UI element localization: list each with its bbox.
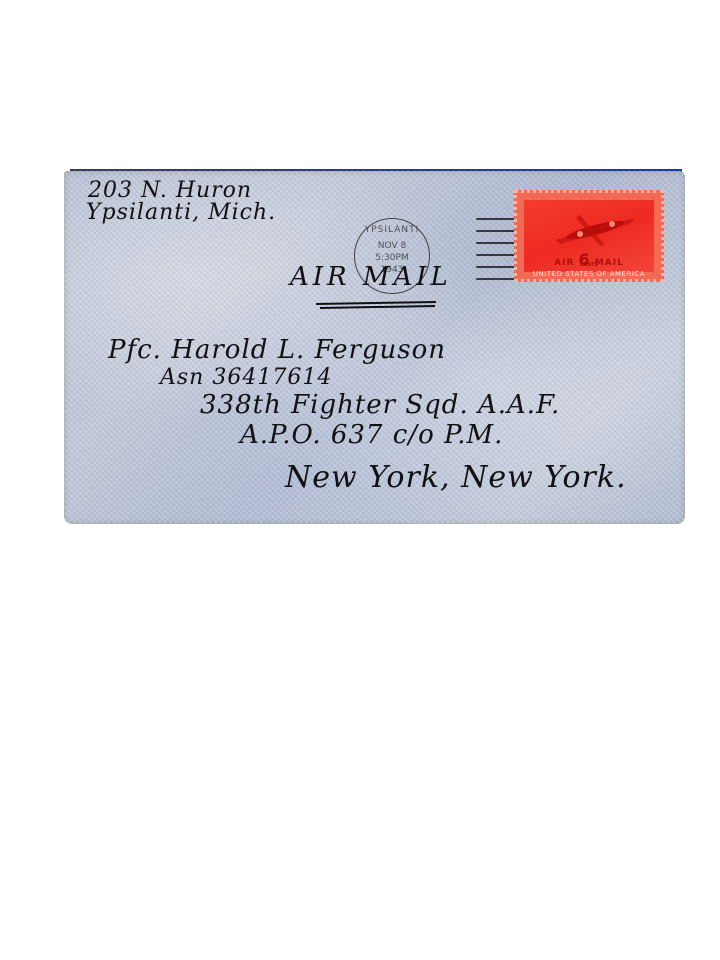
recipient-line2: Asn 36417614: [160, 365, 332, 390]
recipient-line4: A.P.O. 637 c/o P.M.: [240, 420, 503, 450]
stamp-face: AIR 6 MAIL CENTS: [524, 200, 654, 272]
recipient-line3: 338th Fighter Sqd. A.A.F.: [200, 390, 560, 420]
stamp-cents: CENTS: [524, 262, 654, 268]
recipient-line1: Pfc. Harold L. Ferguson: [108, 335, 446, 365]
postmark-city: YPSILANTI: [355, 225, 429, 235]
recipient-line5: New York, New York.: [285, 460, 627, 495]
stamp-country: UNITED STATES OF AMERICA: [517, 270, 661, 278]
airplane-icon: [550, 210, 640, 250]
air-mail-stamp: AIR 6 MAIL CENTS UNITED STATES OF AMERIC…: [514, 190, 664, 282]
postmark-date: NOV 8: [355, 241, 429, 251]
air-mail-label: AIR MAIL: [290, 262, 452, 292]
return-address-line2: Ypsilanti, Mich.: [86, 200, 276, 225]
